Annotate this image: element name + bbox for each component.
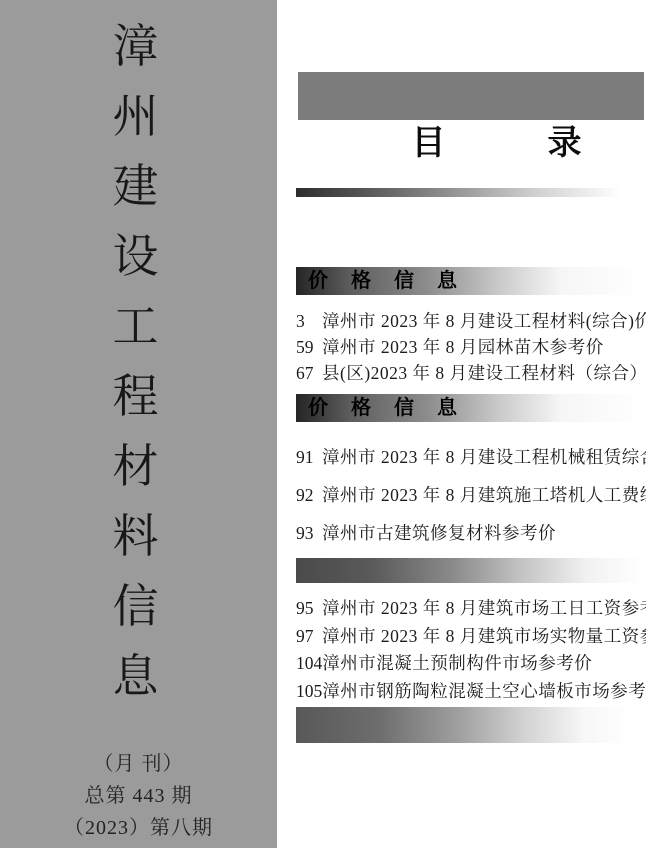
toc-title: 目 录 [412, 125, 582, 162]
title-char: 息 [0, 642, 277, 712]
title-char: 漳 [0, 12, 277, 82]
item-title: 漳州市 2023 年 8 月建设工程机械租赁综合价 [322, 447, 646, 467]
title-char: 信 [0, 572, 277, 642]
title-char: 建 [0, 152, 277, 222]
page-number: 59 [296, 334, 322, 360]
toc-item: 97漳州市 2023 年 8 月建筑市场实物量工资参考价 [296, 623, 644, 651]
item-title: 漳州市 2023 年 8 月园林苗木参考价 [322, 337, 604, 357]
issue-monthly-label: （月 刊） [0, 748, 277, 780]
item-title: 漳州市混凝土预制构件市场参考价 [322, 653, 592, 673]
toc-item: 104漳州市混凝土预制构件市场参考价 [296, 650, 644, 678]
page-number: 95 [296, 595, 322, 623]
page-number: 104 [296, 650, 322, 678]
section-2-header: 价 格 信 息 [296, 394, 644, 422]
issue-year-number: （2023）第八期 [0, 812, 277, 844]
toc-list-1: 3漳州市 2023 年 8 月建设工程材料(综合)价格 59漳州市 2023 年… [296, 308, 644, 386]
title-char: 州 [0, 82, 277, 152]
section-1-header: 价 格 信 息 [296, 267, 644, 295]
page-number: 92 [296, 476, 322, 514]
toc-list-2: 91漳州市 2023 年 8 月建设工程机械租赁综合价 92漳州市 2023 年… [296, 438, 644, 552]
title-char: 程 [0, 362, 277, 432]
item-title: 漳州市古建筑修复材料参考价 [322, 523, 556, 543]
page-number: 105 [296, 678, 322, 706]
issue-total-number: 总第 443 期 [0, 780, 277, 812]
title-char: 料 [0, 502, 277, 572]
title-char: 设 [0, 222, 277, 292]
vertical-title: 漳 州 建 设 工 程 材 料 信 息 [0, 12, 277, 712]
toc-title-bar: 目 录 [298, 72, 644, 120]
page-number: 93 [296, 514, 322, 552]
toc-item: 3漳州市 2023 年 8 月建设工程材料(综合)价格 [296, 308, 644, 334]
toc-item: 105漳州市钢筋陶粒混凝土空心墙板市场参考价 [296, 678, 644, 706]
title-char: 材 [0, 432, 277, 502]
page-number: 91 [296, 438, 322, 476]
item-title: 漳州市 2023 年 8 月建筑市场工日工资参考价 [322, 598, 646, 618]
toc-item: 93漳州市古建筑修复材料参考价 [296, 514, 644, 552]
divider-bar-bottom [296, 707, 631, 743]
issue-info: （月 刊） 总第 443 期 （2023）第八期 [0, 748, 277, 844]
toc-item: 59漳州市 2023 年 8 月园林苗木参考价 [296, 334, 644, 360]
toc-content: 目 录 价 格 信 息 3漳州市 2023 年 8 月建设工程材料(综合)价格 … [296, 0, 644, 848]
toc-list-3: 95漳州市 2023 年 8 月建筑市场工日工资参考价 97漳州市 2023 年… [296, 595, 644, 705]
page-number: 3 [296, 308, 322, 334]
toc-item: 91漳州市 2023 年 8 月建设工程机械租赁综合价 [296, 438, 644, 476]
divider-bar-top [296, 188, 635, 197]
item-title: 县(区)2023 年 8 月建设工程材料（综合）价格 [322, 363, 646, 383]
item-title: 漳州市 2023 年 8 月建筑市场实物量工资参考价 [322, 626, 646, 646]
divider-bar-middle [296, 558, 644, 583]
title-char: 工 [0, 292, 277, 362]
item-title: 漳州市 2023 年 8 月建设工程材料(综合)价格 [322, 311, 646, 331]
toc-item: 92漳州市 2023 年 8 月建筑施工塔机人工费综合价 [296, 476, 644, 514]
document-page: 漳 州 建 设 工 程 材 料 信 息 （月 刊） 总第 443 期 （2023… [0, 0, 646, 848]
item-title: 漳州市 2023 年 8 月建筑施工塔机人工费综合价 [322, 485, 646, 505]
page-number: 67 [296, 360, 322, 386]
toc-item: 95漳州市 2023 年 8 月建筑市场工日工资参考价 [296, 595, 644, 623]
toc-item: 67县(区)2023 年 8 月建设工程材料（综合）价格 [296, 360, 644, 386]
page-number: 97 [296, 623, 322, 651]
left-sidebar: 漳 州 建 设 工 程 材 料 信 息 （月 刊） 总第 443 期 （2023… [0, 0, 277, 848]
item-title: 漳州市钢筋陶粒混凝土空心墙板市场参考价 [322, 681, 646, 701]
